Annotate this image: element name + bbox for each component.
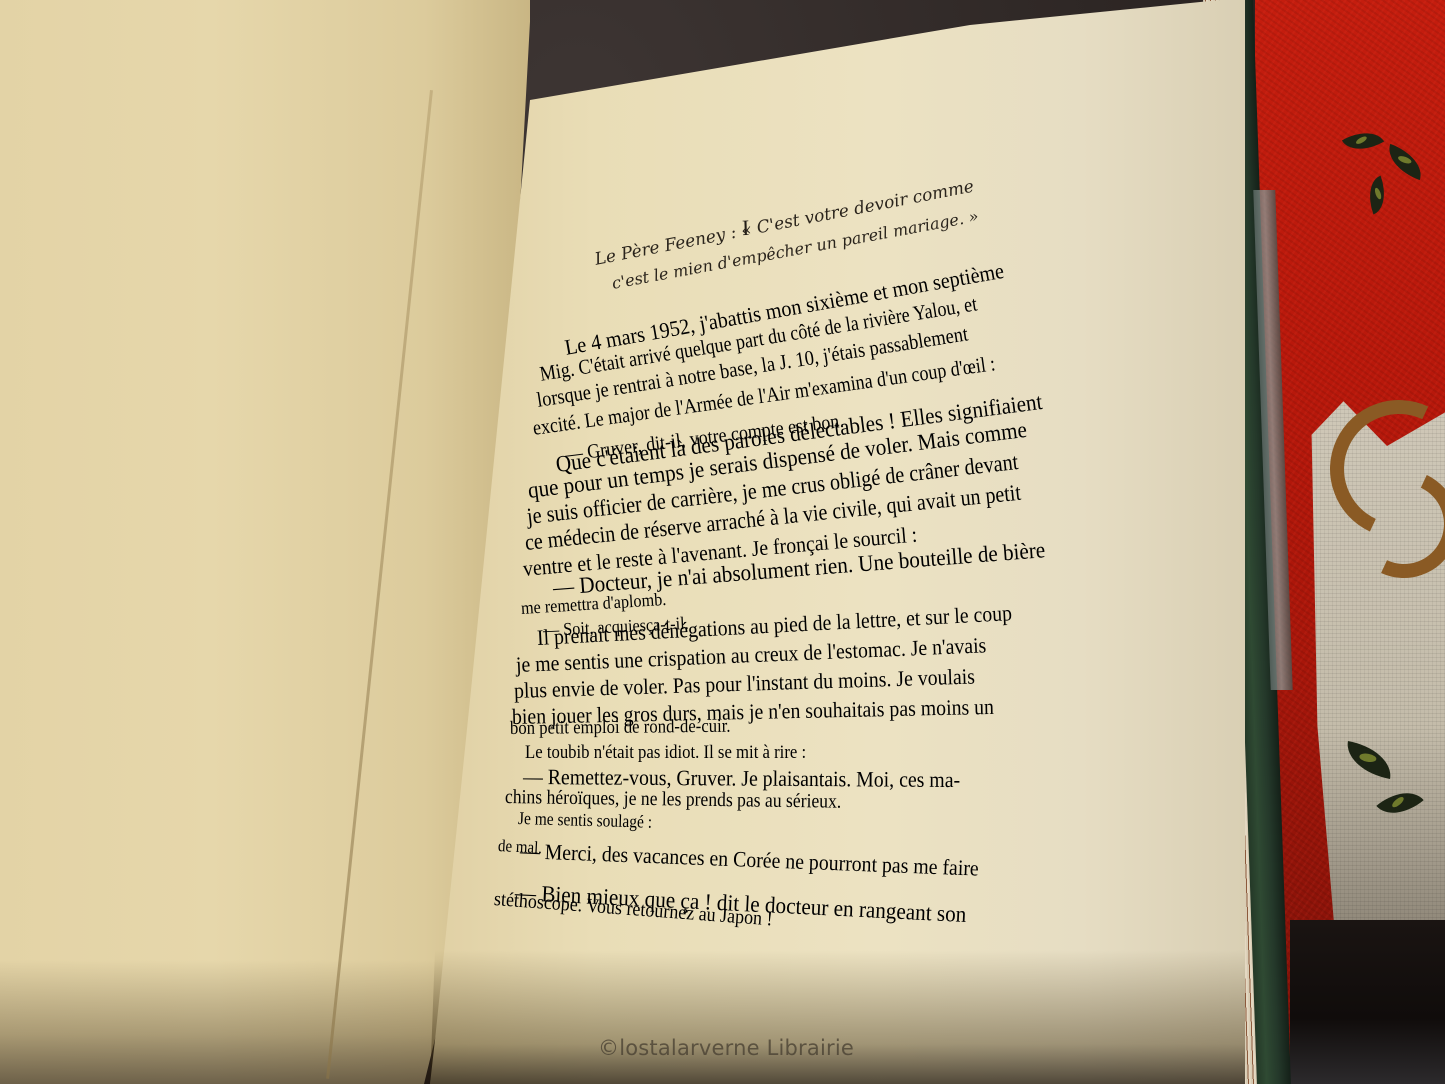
- text-line: Le toubib n'était pas idiot. Il se mit à…: [525, 742, 806, 764]
- photo-scene: I Le Père Feeney : « C'est votre devoir …: [0, 0, 1445, 1084]
- left-page-shadow: [0, 960, 500, 1084]
- copyright-watermark: ©lostalarverne Librairie: [598, 1036, 854, 1060]
- text-line: bon petit emploi de rond-de-cuir.: [510, 716, 731, 740]
- fabric-shadow: [1290, 920, 1445, 1084]
- text-line: Je me sentis soulagé :: [518, 808, 653, 833]
- text-line: de mal.: [497, 836, 542, 858]
- page-bottom-shadow: [430, 950, 1245, 1084]
